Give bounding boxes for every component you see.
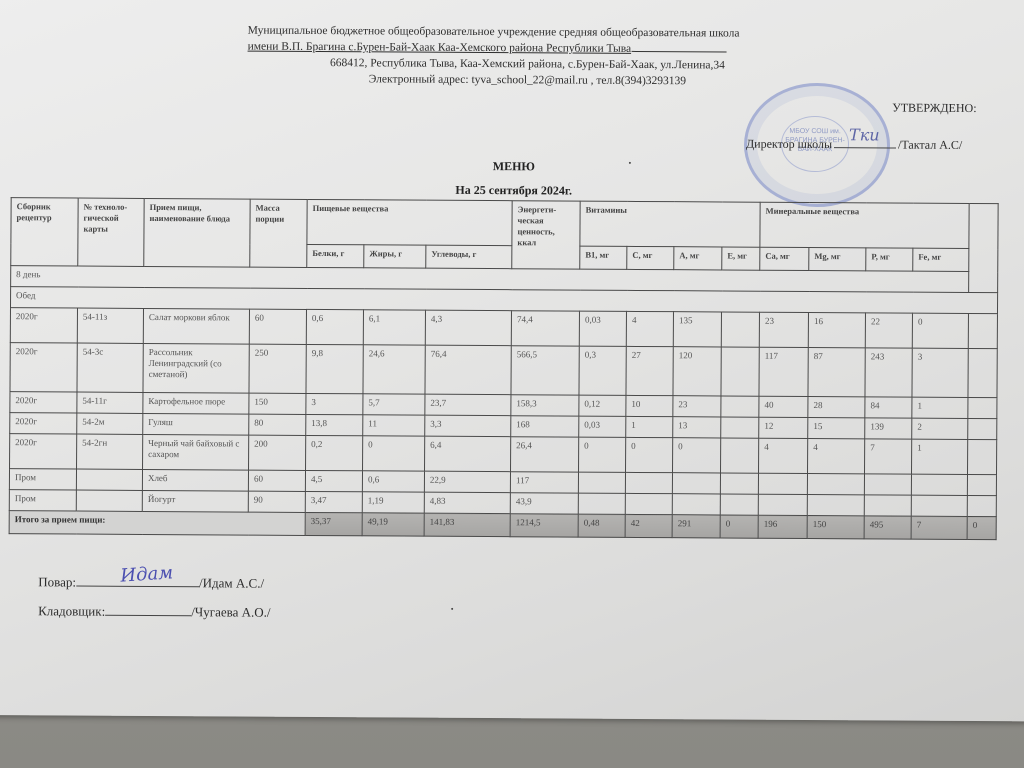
col-a: A, мг <box>674 247 722 270</box>
cell-e <box>720 473 758 494</box>
cell-c: 27 <box>626 346 673 395</box>
cell-extra <box>967 495 996 516</box>
cell-card: 54-2гн <box>77 434 143 469</box>
paper-speck <box>451 608 453 610</box>
cell-a: 120 <box>673 347 721 396</box>
cell-e <box>720 494 758 515</box>
cell-extra <box>968 397 997 418</box>
cell-e <box>721 396 759 417</box>
total-p: 495 <box>864 516 911 539</box>
cell-ca: 40 <box>759 396 808 417</box>
cell-portion: 90 <box>248 491 305 512</box>
col-minerals: Минеральные вещества <box>760 202 969 248</box>
cell-carbs: 4,3 <box>425 310 511 346</box>
cell-collection: 2020г <box>10 413 77 434</box>
cell-collection: Пром <box>9 490 76 511</box>
cell-b1: 0,03 <box>579 416 626 437</box>
total-carbs: 141,83 <box>424 513 510 537</box>
cell-extra <box>967 474 996 495</box>
cell-ca <box>758 494 807 515</box>
cell-collection: 2020г <box>10 308 77 343</box>
storekeeper-label: Кладовщик: <box>38 603 105 618</box>
cell-a <box>672 494 720 515</box>
col-mg: Mg, мг <box>809 248 866 271</box>
col-collection: Сборник рецептур <box>11 198 78 266</box>
cell-c: 4 <box>626 311 673 346</box>
cell-fe: 2 <box>912 418 968 439</box>
cell-fe: 3 <box>912 348 968 397</box>
cell-fat: 5,7 <box>363 394 425 415</box>
cell-name: Картофельное пюре <box>143 392 249 414</box>
menu-table: Сборник рецептур № техноло-гической карт… <box>9 197 999 540</box>
cell-mg: 28 <box>808 397 865 418</box>
cell-p <box>864 495 911 516</box>
total-b1: 0,48 <box>578 514 625 537</box>
cell-p: 139 <box>865 418 912 439</box>
cook-label: Повар: <box>38 574 76 589</box>
cell-a: 0 <box>673 438 721 473</box>
cell-mg <box>807 495 864 516</box>
table-row: 2020г54-3сРассольник Ленинградский (со с… <box>10 343 997 398</box>
cell-name: Черный чай байховый с сахаром <box>143 434 249 470</box>
cell-card: 54-2м <box>77 413 143 434</box>
cell-energy: 26,4 <box>511 437 579 472</box>
cell-fat: 1,19 <box>362 492 424 513</box>
cell-extra <box>968 348 997 397</box>
cook-signature: Идам <box>120 562 174 586</box>
col-c: C, мг <box>627 246 674 269</box>
cell-a: 23 <box>673 396 721 417</box>
cell-energy: 74,4 <box>511 311 579 346</box>
cell-ca: 117 <box>759 347 808 396</box>
cell-name: Хлеб <box>142 469 248 491</box>
school-header: Муниципальное бюджетное общеобразователь… <box>247 23 807 90</box>
cell-carbs: 22,9 <box>424 471 510 493</box>
cell-ca: 12 <box>759 417 808 438</box>
cell-mg: 15 <box>808 418 865 439</box>
cell-p: 243 <box>865 348 912 397</box>
director-name: /Тактал А.С/ <box>898 138 962 152</box>
total-e: 0 <box>720 515 758 538</box>
cell-fat: 11 <box>363 415 425 436</box>
cell-card: 54-11з <box>77 308 143 343</box>
cell-fat: 0 <box>363 436 425 471</box>
paper-speck <box>629 162 631 164</box>
cell-portion: 80 <box>249 414 306 435</box>
cell-b1: 0 <box>579 437 626 472</box>
cell-b1: 0,12 <box>579 395 626 416</box>
cell-name: Йогурт <box>142 490 248 512</box>
total-c: 42 <box>625 514 672 537</box>
total-protein: 35,37 <box>305 512 362 535</box>
cell-ca <box>758 473 807 494</box>
director-label: Директор школы <box>746 137 832 152</box>
cell-p: 7 <box>865 439 912 474</box>
cell-c: 1 <box>626 416 673 437</box>
cell-mg: 4 <box>808 439 865 474</box>
col-portion: Масса порции <box>250 199 307 267</box>
total-energy: 1214,5 <box>510 514 578 537</box>
total-mg: 150 <box>807 516 864 539</box>
document-title: МЕНЮ <box>0 156 1024 177</box>
cell-portion: 60 <box>249 309 306 344</box>
cell-portion: 250 <box>249 344 306 393</box>
col-p: P, мг <box>866 248 913 271</box>
cell-a: 135 <box>673 312 721 347</box>
cell-collection: 2020г <box>10 343 77 392</box>
cell-name: Рассольник Ленинградский (со сметаной) <box>143 343 249 393</box>
col-protein: Белки, г <box>307 244 364 267</box>
storekeeper-name: /Чугаева А.О./ <box>191 604 270 619</box>
storekeeper-signature-blank <box>105 603 191 617</box>
cell-e <box>721 347 759 396</box>
cell-carbs: 4,83 <box>424 492 510 514</box>
cell-c <box>625 493 672 514</box>
cell-p <box>864 474 911 495</box>
cell-c <box>625 472 672 493</box>
cell-name: Гуляш <box>143 413 249 435</box>
cell-protein: 3,47 <box>305 491 362 512</box>
cell-fat: 6,1 <box>363 310 425 345</box>
cell-b1: 0,03 <box>579 311 626 346</box>
cell-energy: 117 <box>510 472 578 493</box>
col-card-no: № техноло-гической карты <box>78 198 144 266</box>
cell-a: 13 <box>673 417 721 438</box>
col-energy: Энергети-ческая ценность, ккал <box>512 201 580 269</box>
cell-protein: 13,8 <box>306 414 363 435</box>
cell-p: 22 <box>865 313 912 348</box>
total-row: Итого за прием пищи: 35,37 49,19 141,83 … <box>9 511 996 540</box>
cell-e <box>721 312 759 347</box>
school-address: 668412, Республика Тыва, Каа-Хемский рай… <box>247 55 807 74</box>
cell-energy: 158,3 <box>511 395 579 416</box>
cell-c: 0 <box>626 437 673 472</box>
cell-carbs: 76,4 <box>425 345 511 395</box>
table-row: 2020г54-2гнЧерный чай байховый с сахаром… <box>10 434 997 475</box>
cook-name: /Идам А.С./ <box>199 575 264 590</box>
cell-extra <box>968 439 997 474</box>
cell-extra <box>968 418 997 439</box>
cell-a <box>672 473 720 494</box>
cell-c: 10 <box>626 395 673 416</box>
col-fe: Fe, мг <box>913 248 969 271</box>
col-e: E, мг <box>722 247 760 270</box>
cell-e <box>721 417 759 438</box>
total-a: 291 <box>672 515 720 538</box>
cell-protein: 0,2 <box>306 435 363 470</box>
col-meal-name: Прием пищи, наименование блюда <box>144 198 250 267</box>
cell-name: Салат моркови яблок <box>143 308 249 344</box>
cell-fe <box>911 495 967 516</box>
cell-card <box>76 469 142 490</box>
cell-collection: 2020г <box>10 392 77 413</box>
cell-card: 54-11г <box>77 392 143 413</box>
total-fat: 49,19 <box>362 513 424 536</box>
cell-card <box>76 490 142 511</box>
cell-protein: 9,8 <box>306 344 363 393</box>
cell-portion: 200 <box>249 435 306 470</box>
cell-mg: 16 <box>808 313 865 348</box>
col-b1: B1, мг <box>580 246 627 269</box>
cell-portion: 150 <box>249 393 306 414</box>
col-extra <box>969 203 999 292</box>
cell-collection: Пром <box>9 469 76 490</box>
cell-b1 <box>578 493 625 514</box>
total-fe: 7 <box>911 516 967 539</box>
cell-energy: 168 <box>511 416 579 437</box>
col-ca: Ca, мг <box>760 247 809 270</box>
col-fat: Жиры, г <box>364 245 426 268</box>
cell-collection: 2020г <box>10 434 77 469</box>
org-name-line2-text: имени В.П. Брагина с.Бурен-Бай-Хаак Каа-… <box>248 41 632 55</box>
cell-carbs: 23,7 <box>425 394 511 416</box>
cell-fe: 0 <box>912 313 968 348</box>
cell-card: 54-3с <box>77 343 143 392</box>
cell-portion: 60 <box>248 470 305 491</box>
col-nutrients: Пищевые вещества <box>307 199 512 245</box>
approved-label: УТВЕРЖДЕНО: <box>892 101 976 117</box>
cell-fe: 1 <box>912 397 968 418</box>
table-row: 2020г54-11зСалат моркови яблок600,66,14,… <box>10 308 997 349</box>
total-extra: 0 <box>967 516 996 539</box>
cell-mg <box>807 474 864 495</box>
total-ca: 196 <box>758 515 807 538</box>
cell-ca: 23 <box>759 312 808 347</box>
cell-fat: 0,6 <box>362 471 424 492</box>
cell-mg: 87 <box>808 348 865 397</box>
cell-protein: 0,6 <box>306 309 363 344</box>
cell-e <box>721 438 759 473</box>
cell-protein: 4,5 <box>305 470 362 491</box>
cell-extra <box>968 313 997 348</box>
cell-p: 84 <box>865 397 912 418</box>
col-carbs: Углеводы, г <box>426 245 512 269</box>
cell-b1: 0,3 <box>579 346 626 395</box>
underline-fill <box>631 41 726 53</box>
storekeeper-signature-line: Кладовщик:/Чугаева А.О./ <box>38 602 270 620</box>
cell-ca: 4 <box>759 438 808 473</box>
col-vitamins: Витамины <box>580 201 760 247</box>
cell-b1 <box>578 472 625 493</box>
cell-energy: 43,9 <box>510 493 578 514</box>
cell-fat: 24,6 <box>363 345 425 394</box>
director-signature: Тки <box>849 125 880 144</box>
header-row-main: Сборник рецептур № техноло-гической карт… <box>11 198 998 249</box>
cell-fe <box>911 474 967 495</box>
cell-fe: 1 <box>912 439 968 474</box>
menu-document: Муниципальное бюджетное общеобразователь… <box>0 0 1024 721</box>
cell-carbs: 6,4 <box>425 436 511 472</box>
total-label: Итого за прием пищи: <box>9 511 305 536</box>
cell-carbs: 3,3 <box>425 415 511 437</box>
cell-energy: 566,5 <box>511 346 579 395</box>
cell-protein: 3 <box>306 393 363 414</box>
